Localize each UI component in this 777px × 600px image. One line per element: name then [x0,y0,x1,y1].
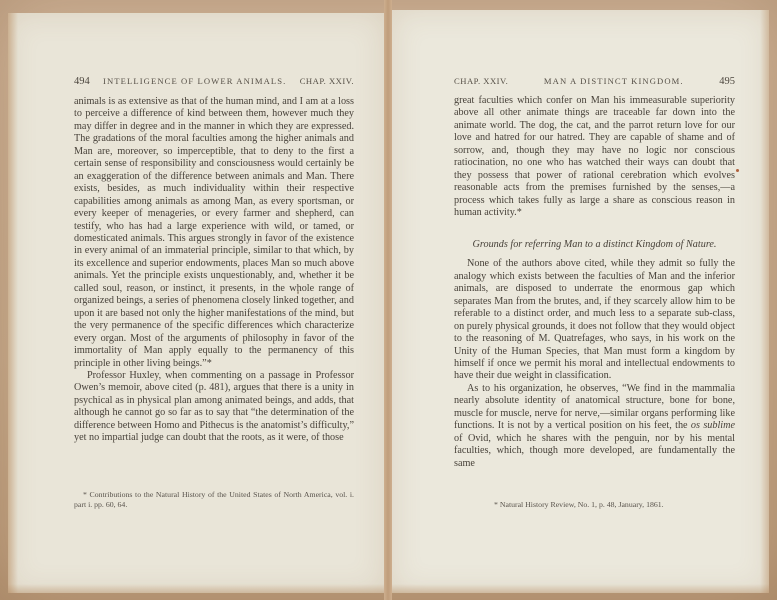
paragraph: animals is as extensive as that of the h… [74,96,354,370]
scan-speck [736,169,739,172]
paragraph: As to his organization, he observes, “We… [454,383,735,470]
right-body-top: great faculties which confer on Man his … [454,95,735,220]
text-run: of Ovid, which he shares with the pengui… [454,433,735,469]
right-page-number: 495 [719,76,735,87]
italic-text-run: os sublime [691,420,735,431]
paragraph: Professor Huxley, when commenting on a p… [74,370,354,445]
right-running-title: MAN A DISTINCT KINGDOM. [508,76,719,86]
right-running-header: CHAP. XXIV. MAN A DISTINCT KINGDOM. 495 [454,76,735,87]
right-page-body: great faculties which confer on Man his … [454,95,735,470]
right-body-bottom: None of the authors above cited, while t… [454,258,735,470]
right-page-footnote: * Natural History Review, No. 1, p. 48, … [454,500,735,510]
left-chapter-label: CHAP. XXIV. [300,76,354,86]
left-page-footnote: * Contributions to the Natural History o… [74,490,354,510]
left-page: 494 INTELLIGENCE OF LOWER ANIMALS. CHAP.… [8,13,384,593]
text-run: None of the authors above cited, while t… [454,258,735,381]
section-heading: Grounds for referring Man to a distinct … [468,239,721,252]
left-page-number: 494 [74,76,90,87]
text-run: animals is as extensive as that of the h… [74,96,354,369]
paragraph: None of the authors above cited, while t… [454,258,735,383]
left-running-header: 494 INTELLIGENCE OF LOWER ANIMALS. CHAP.… [74,76,354,87]
left-page-body: animals is as extensive as that of the h… [74,96,354,445]
right-page: CHAP. XXIV. MAN A DISTINCT KINGDOM. 495 … [392,10,769,593]
scan-speck [297,291,299,294]
paragraph: great faculties which confer on Man his … [454,95,735,220]
text-run: great faculties which confer on Man his … [454,95,735,218]
page-gutter [384,0,392,600]
book-scan-background: 494 INTELLIGENCE OF LOWER ANIMALS. CHAP.… [0,0,777,600]
text-run: Professor Huxley, when commenting on a p… [74,370,354,443]
right-chapter-label: CHAP. XXIV. [454,76,508,86]
left-running-title: INTELLIGENCE OF LOWER ANIMALS. [90,76,300,86]
